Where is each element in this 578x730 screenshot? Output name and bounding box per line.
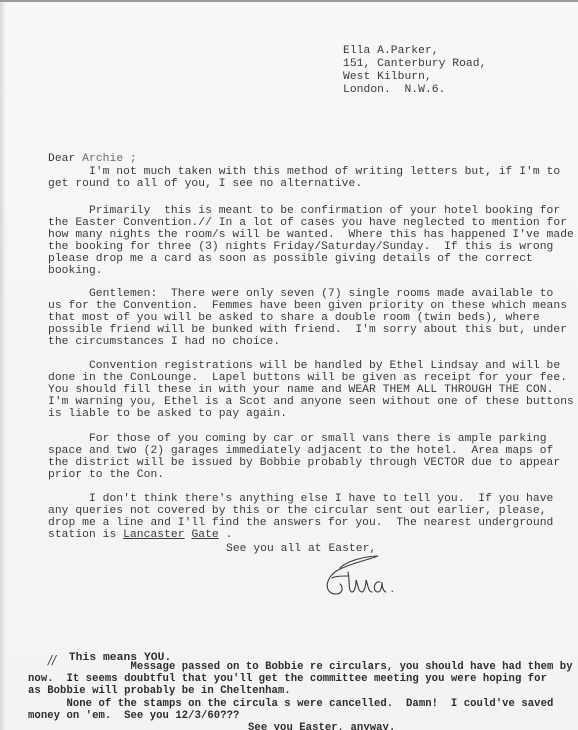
sign-off: See you Easter, anyway. — [248, 722, 395, 730]
address-line: Ella A.Parker, — [343, 45, 439, 58]
text-line: please drop me a card as soon as possibl… — [48, 253, 533, 266]
address-line: London. N.W.6. — [343, 84, 445, 97]
letter-page: Ella A.Parker, 151, Canterbury Road, Wes… — [0, 0, 578, 730]
address-line: West Kilburn, — [343, 71, 432, 84]
handwritten-signature: Ella. — [318, 550, 408, 600]
text-line: is liable to be asked to pay again. — [48, 408, 287, 421]
text-line: as Bobbie will probably be in Cheltenham… — [28, 685, 291, 698]
address-line: 151, Canterbury Road, — [343, 58, 486, 71]
station-line: station is Lancaster Gate . — [48, 529, 232, 542]
salutation-prefix: Dear — [48, 153, 75, 165]
station-name-1: Lancaster — [123, 529, 184, 541]
text-line: get round to all of you, I see no altern… — [48, 178, 362, 191]
recipient-name: Archie ; — [82, 153, 137, 165]
station-name-2: Gate — [191, 529, 218, 541]
paper-edge — [0, 2, 6, 730]
text-line: prior to the Con. — [48, 469, 164, 482]
salutation: Dear Archie ; — [48, 153, 137, 166]
text-line: money on 'em. See you 12/3/60??? — [28, 710, 239, 723]
text-line: booking. — [48, 265, 103, 278]
text-line: the circumstances I had no choice. — [48, 336, 280, 349]
